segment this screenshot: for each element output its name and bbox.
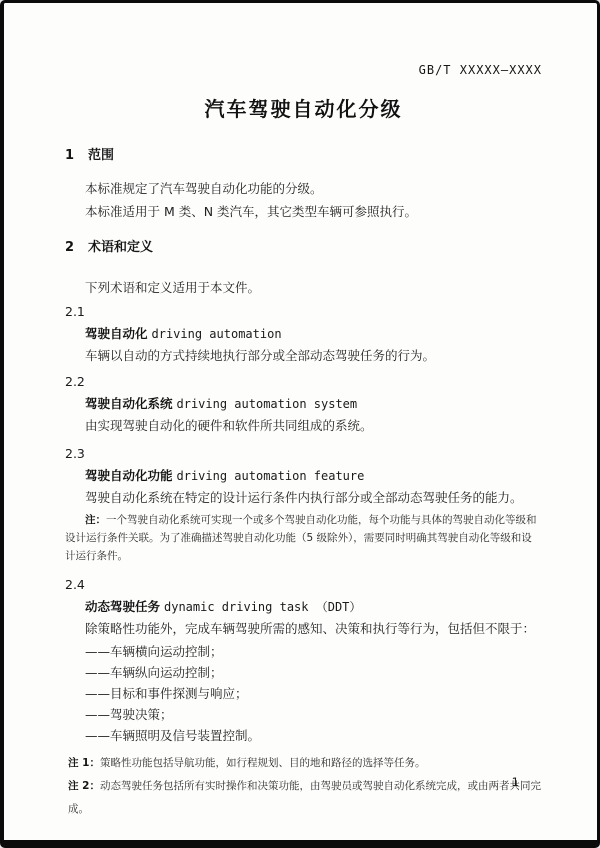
page-number: 1 [4,775,597,789]
term-line: 驾驶自动化 driving automation [85,323,542,345]
term-definition: 由实现驾驶自动化的硬件和软件所共同组成的系统。 [85,415,542,437]
scope-paragraph: 本标准规定了汽车驾驶自动化功能的分级。 [65,177,542,200]
term-entry-number: 2.2 [65,371,542,393]
section-heading-label: 术语和定义 [88,240,153,255]
term-en: driving automation [152,327,282,341]
term-zh: 动态驾驶任务 [85,599,160,614]
note-text: 一个驾驶自动化系统可实现一个或多个驾驶自动化功能，每个功能与具体的驾驶自动化等级… [65,514,537,562]
standard-number: GB/T XXXXX—XXXX [65,63,542,77]
section-heading-terms: 2术语和定义 [65,240,542,256]
section-heading-label: 范围 [88,148,114,163]
term-zh: 驾驶自动化 [85,326,148,341]
term-definition: 车辆以自动的方式持续地执行部分或全部动态驾驶任务的行为。 [85,345,542,367]
term-line: 动态驾驶任务 dynamic driving task （DDT） [85,596,542,618]
document-title: 汽车驾驶自动化分级 [65,97,542,121]
page-content: GB/T XXXXX—XXXX 汽车驾驶自动化分级 1范围 本标准规定了汽车驾驶… [4,63,597,821]
note-label: 注： [85,514,106,526]
dash-list-item: ——车辆横向运动控制； [85,641,542,662]
term-en: driving automation system [177,397,358,411]
term-line: 驾驶自动化功能 driving automation feature [85,465,542,487]
dash-list-item: ——驾驶决策； [85,704,542,725]
term-zh: 驾驶自动化功能 [85,468,173,483]
ddt-dash-list: ——车辆横向运动控制； ——车辆纵向运动控制； ——目标和事件探测与响应； ——… [65,641,542,746]
term-definition: 除策略性功能外，完成车辆驾驶所需的感知、决策和执行等行为，包括但不限于： [85,618,542,640]
section-number: 2 [65,240,74,256]
note-text: 策略性功能包括导航功能，如行程规划、目的地和路径的选择等任务。 [100,757,426,769]
term-definition: 驾驶自动化系统在特定的设计运行条件内执行部分或全部动态驾驶任务的能力。 [85,487,542,509]
document-page: GB/T XXXXX—XXXX 汽车驾驶自动化分级 1范围 本标准规定了汽车驾驶… [0,0,600,848]
dash-list-item: ——目标和事件探测与响应； [85,683,542,704]
dash-list-item: ——车辆照明及信号装置控制。 [85,725,542,746]
term-entry-number: 2.1 [65,301,542,323]
section-heading-scope: 1范围 [65,148,542,164]
term-en: driving automation feature [177,469,365,483]
term-zh: 驾驶自动化系统 [85,396,173,411]
terms-intro: 下列术语和定义适用于本文件。 [65,276,542,299]
section-number: 1 [65,148,74,164]
term-note: 注：一个驾驶自动化系统可实现一个或多个驾驶自动化功能，每个功能与具体的驾驶自动化… [65,511,542,565]
term-entry-number: 2.3 [65,443,542,465]
term-line: 驾驶自动化系统 driving automation system [85,393,542,415]
term-en: dynamic driving task （DDT） [164,600,361,614]
dash-list-item: ——车辆纵向运动控制； [85,662,542,683]
note-label: 注 1： [68,757,100,769]
term-note: 注 1：策略性功能包括导航功能，如行程规划、目的地和路径的选择等任务。 [68,752,542,775]
term-entry-number: 2.4 [65,574,542,596]
scope-paragraph: 本标准适用于 M 类、N 类汽车，其它类型车辆可参照执行。 [65,200,542,223]
